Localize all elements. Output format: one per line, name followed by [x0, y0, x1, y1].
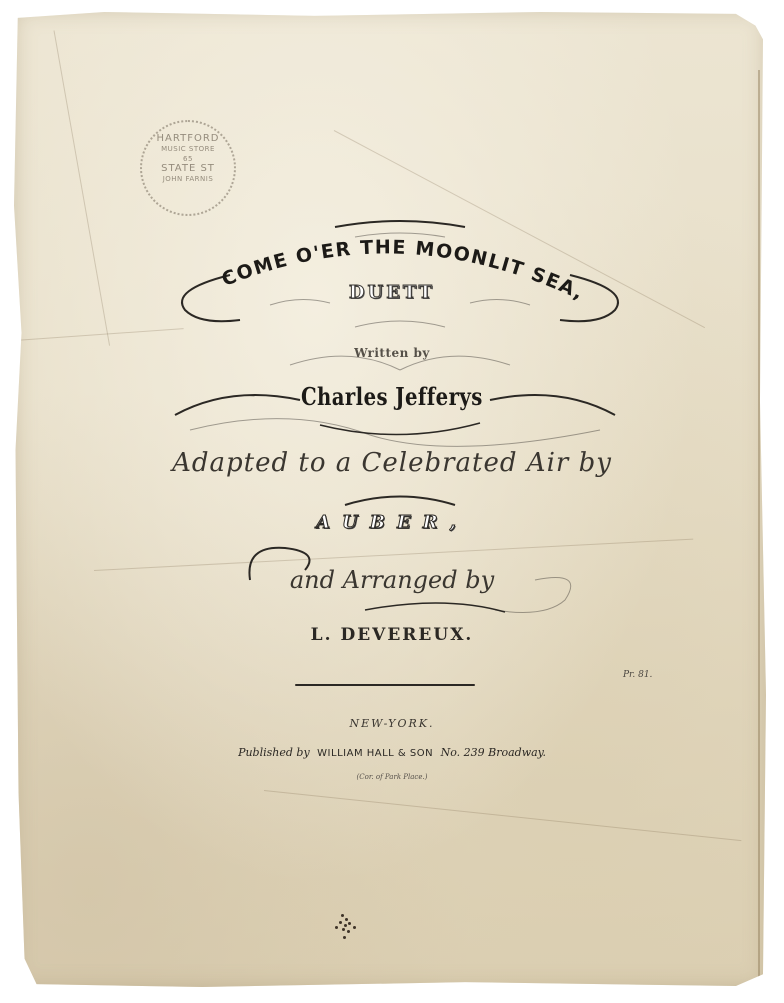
composer-flourish-icon	[340, 490, 460, 510]
arranged-row: and Arranged by	[0, 566, 784, 594]
publisher-name: WILLIAM HALL & SON	[317, 748, 433, 759]
adapted-row: Adapted to a Celebrated Air by	[0, 448, 784, 478]
composer-row: AUBER,	[0, 512, 784, 533]
lyricist-name: Charles Jefferys	[301, 382, 483, 411]
arranged-line: and Arranged by	[290, 566, 494, 594]
corner-row: (Cor. of Park Place.)	[0, 764, 784, 783]
title-block: COME O'ER THE MOONLIT SEA,	[170, 215, 630, 335]
publisher-address: No. 239 Broadway.	[441, 746, 546, 759]
arranger-row: L. DEVEREUX.	[0, 625, 784, 645]
price-label: Pr. 81.	[623, 670, 652, 680]
publisher-corner: (Cor. of Park Place.)	[357, 773, 428, 781]
stamp-line: STATE ST	[142, 164, 234, 174]
city-row: NEW-YORK.	[0, 712, 784, 731]
adapted-line: Adapted to a Celebrated Air by	[172, 448, 612, 478]
stamp-line: JOHN FARNIS	[142, 174, 234, 184]
published-by-label: Published by	[238, 746, 310, 759]
publisher-row: Published by WILLIAM HALL & SON No. 239 …	[0, 746, 784, 759]
genre-label: DUETT	[349, 282, 435, 303]
lyricist-row: Charles Jefferys	[0, 382, 784, 411]
title-flourish-icon: COME O'ER THE MOONLIT SEA,	[170, 215, 630, 335]
genre-row: DUETT	[0, 282, 784, 303]
composer-name: AUBER,	[316, 512, 468, 533]
music-store-stamp: HARTFORD MUSIC STORE 65 STATE ST JOHN FA…	[140, 120, 236, 216]
ink-spots-icon	[333, 912, 357, 942]
city-label: NEW-YORK.	[350, 717, 435, 730]
arranger-name: L. DEVEREUX.	[311, 625, 474, 645]
stamp-line: MUSIC STORE	[142, 144, 234, 154]
stamp-line: HARTFORD	[142, 134, 234, 144]
divider-rule	[295, 684, 475, 686]
